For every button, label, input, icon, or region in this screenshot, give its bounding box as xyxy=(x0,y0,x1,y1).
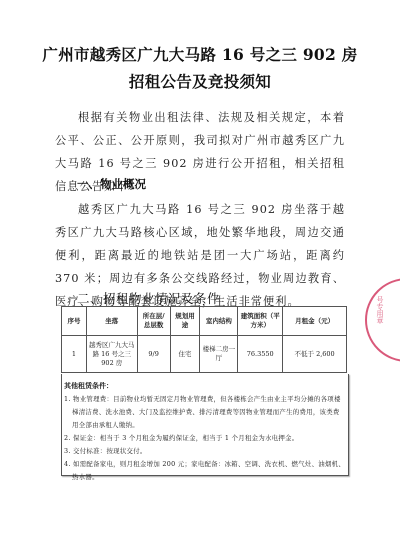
document-title-line2: 招租公告及竞投须知 xyxy=(0,70,400,92)
section1-heading: 一、物业概况 xyxy=(77,176,146,192)
term-item: 3. 交付标准：按现状交付。 xyxy=(64,445,346,458)
table-cell: 住宅 xyxy=(170,336,200,373)
table-row: 1 越秀区广九大马路 16 号之三 902 房 9/9 住宅 楼梯二房一厅 76… xyxy=(62,336,347,373)
table-cell: 1 xyxy=(62,336,87,373)
term-item: 1. 物业管理费：目前物业均暂无固定月物业管理费，但各楼栋会产生由业主平均分摊的… xyxy=(64,393,346,432)
table-cell: 越秀区广九大马路 16 号之三 902 房 xyxy=(86,336,137,373)
table-cell: 76.3550 xyxy=(238,336,283,373)
section2-heading: 二、招租物业情况及条件 xyxy=(77,289,220,307)
table-header: 规划用途 xyxy=(170,307,200,336)
term-item: 2. 保证金：相当于 3 个月租金为履约保证金，相当于 1 个月租金为水电押金。 xyxy=(64,432,346,445)
table-header: 坐落 xyxy=(86,307,137,336)
official-seal-stamp: 号专用章 xyxy=(365,278,400,362)
table-cell: 楼梯二房一厅 xyxy=(200,336,238,373)
table-header: 月租金（元） xyxy=(283,307,347,336)
seal-text: 号专用章 xyxy=(374,296,384,324)
other-terms-box: 其他租赁条件： 1. 物业管理费：目前物业均暂无固定月物业管理费，但各楼栋会产生… xyxy=(61,374,349,476)
table-header: 所在层/总层数 xyxy=(137,307,170,336)
document-title-line1: 广州市越秀区广九大马路 16 号之三 902 房 xyxy=(0,43,400,65)
table-header: 建筑面积（平方米） xyxy=(238,307,283,336)
table-header: 序号 xyxy=(62,307,87,336)
table-header-row: 序号 坐落 所在层/总层数 规划用途 室内结构 建筑面积（平方米） 月租金（元） xyxy=(62,307,347,336)
table-cell: 9/9 xyxy=(137,336,170,373)
term-item: 4. 如需配备家电，则月租金增加 200 元；家电配备：冰箱、空调、洗衣机、燃气… xyxy=(64,458,346,484)
other-terms-title: 其他租赁条件： xyxy=(64,380,346,393)
table-header: 室内结构 xyxy=(200,307,238,336)
table-cell: 不低于 2,600 xyxy=(283,336,347,373)
property-table: 序号 坐落 所在层/总层数 规划用途 室内结构 建筑面积（平方米） 月租金（元）… xyxy=(61,306,347,373)
